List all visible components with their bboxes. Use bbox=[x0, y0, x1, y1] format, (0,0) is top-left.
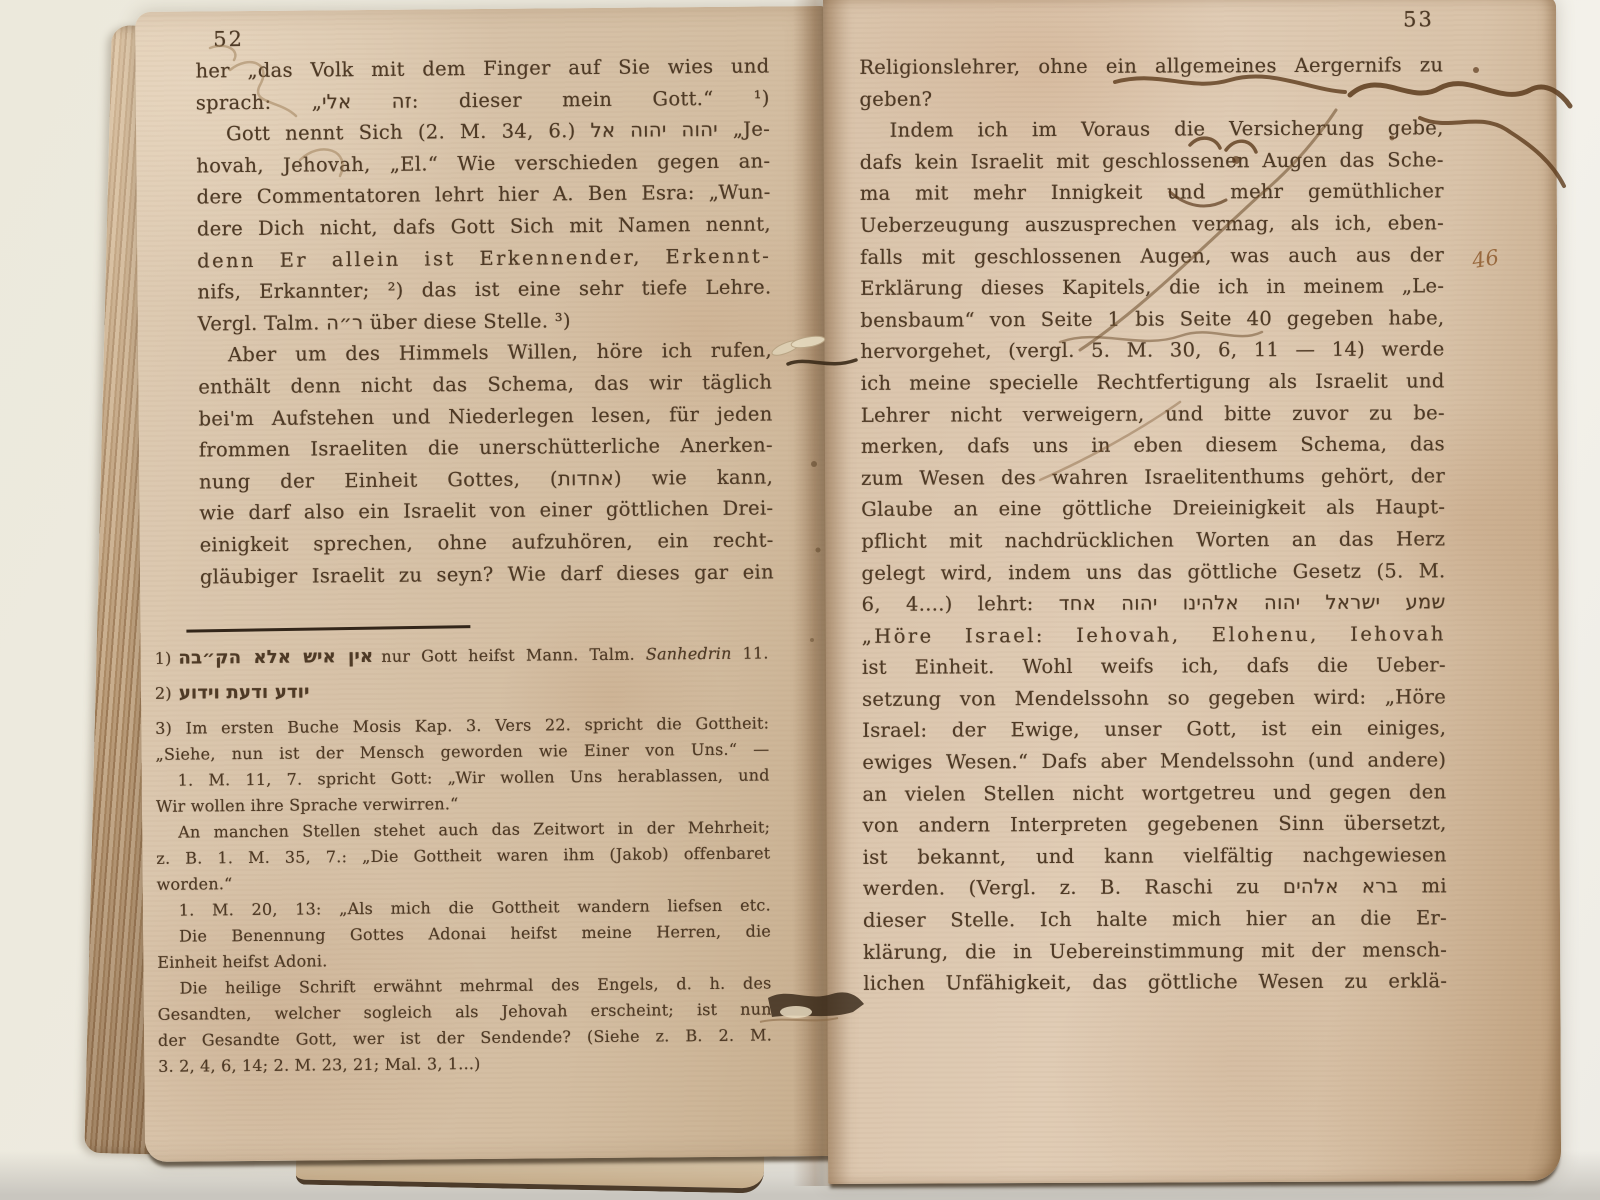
text-line: einigkeit sprechen, ohne aufzuhören, ein… bbox=[200, 524, 774, 561]
text-line: Glaube an eine göttliche Dreieinigkeit a… bbox=[861, 492, 1445, 526]
footnote-separator bbox=[186, 625, 470, 632]
text-line: nung der Einheit Gottes, (אחדות) wie kan… bbox=[199, 461, 773, 498]
text-line: pflicht mit nachdrücklichen Worten an da… bbox=[861, 523, 1445, 557]
footnote-text: 11. bbox=[731, 643, 768, 662]
footnote-line: 1)אין איש אלא הק״בהnur Gott heifst Mann.… bbox=[155, 640, 769, 671]
text-line: Indem ich im Voraus die Versicherung geb… bbox=[860, 112, 1444, 146]
text-line: bensbaum“ von Seite 1 bis Seite 40 gegeb… bbox=[860, 302, 1444, 336]
text-line: her „das Volk mit dem Finger auf Sie wie… bbox=[195, 50, 769, 87]
text-line: merken, dafs uns in eben diesem Schema, … bbox=[861, 428, 1445, 462]
text-line: Erklärung dieses Kapitels, die ich in me… bbox=[860, 270, 1444, 304]
text-line: zum Wesen des wahren Israelitenthums geh… bbox=[861, 460, 1445, 494]
hebrew-phrase: יודע ודעת וידוע bbox=[179, 682, 310, 704]
text-line: dere Dich nicht, dafs Gott Sich mit Name… bbox=[197, 208, 771, 245]
text-line: Vergl. Talm. ר״ה über diese Stelle. ³) bbox=[198, 303, 772, 340]
text-line: an vielen Stellen nicht wortgetreu und g… bbox=[862, 776, 1446, 810]
page-number-left: 52 bbox=[213, 27, 244, 51]
text-line: enthält denn nicht das Schema, das wir t… bbox=[198, 366, 772, 403]
text-line: ma mit mehr Innigkeit und mehr gemüthlic… bbox=[860, 176, 1444, 210]
text-line: „Höre Israel: Iehovah, Elohenu, Iehovah bbox=[862, 618, 1446, 652]
footnote-text-italic: Sanhedrin bbox=[646, 644, 732, 664]
footnote-line: 1. M. 11, 7. spricht Gott: „Wir wollen U… bbox=[156, 762, 770, 793]
text-line: ich meine specielle Rechtfertigung als I… bbox=[861, 365, 1445, 399]
margin-note-handwriting: 46 bbox=[1470, 245, 1500, 273]
text-line: Religionslehrer, ohne ein allgemeines Ae… bbox=[859, 49, 1443, 83]
photo-of-open-book: { "book": { "left_page": { "number": "52… bbox=[0, 0, 1600, 1200]
footnotes: 1)אין איש אלא הק״בהnur Gott heifst Mann.… bbox=[155, 640, 773, 1079]
left-page: 52 her „das Volk mit dem Finger auf Sie … bbox=[135, 6, 835, 1162]
text-line: werden. (Vergl. z. B. Raschi zu ברא אלהי… bbox=[863, 871, 1447, 905]
text-line: geben? bbox=[859, 81, 1443, 115]
footnote-line: der Gesandte Gott, wer ist der Sendende?… bbox=[158, 1022, 772, 1053]
text-line: dafs kein Israelit mit geschlossenen Aug… bbox=[860, 144, 1444, 178]
text-line: gläubiger Israelit zu seyn? Wie darf die… bbox=[200, 556, 774, 593]
footnote-line: z. B. 1. M. 35, 7.: „Die Gottheit waren … bbox=[156, 840, 770, 871]
footnote-line: 3. 2, 4, 6, 14; 2. M. 23, 21; Mal. 3, 1.… bbox=[158, 1048, 772, 1079]
text-line: bei'm Aufstehen und Niederlegen lesen, f… bbox=[198, 398, 772, 435]
text-line: ewiges Wesen.“ Dafs aber Mendelssohn (un… bbox=[862, 744, 1446, 778]
text-line: Aber um des Himmels Willen, höre ich ruf… bbox=[198, 335, 772, 372]
text-line: lichen Unfähigkeit, das göttliche Wesen … bbox=[863, 966, 1447, 1000]
page-number-right: 53 bbox=[1403, 7, 1434, 31]
text-line: klärung, die in Uebereinstimmung mit der… bbox=[863, 934, 1447, 968]
footnote-line: Die Benennung Gottes Adonai heifst meine… bbox=[157, 918, 771, 949]
text-line: hovah, Jehovah, „El.“ Wie verschieden ge… bbox=[196, 145, 770, 182]
footnote-text: nur Gott heifst Mann. Talm. bbox=[381, 645, 646, 666]
text-line: dieser Stelle. Ich halte mich hier an di… bbox=[863, 902, 1447, 936]
footnote-line: 2)יודע ודעת וידוע bbox=[155, 675, 769, 706]
hebrew-phrase: אין איש אלא הק״בה bbox=[178, 646, 373, 669]
text-line: falls mit geschlossenen Augen, was auch … bbox=[860, 239, 1444, 273]
text-line: dere Commentatoren lehrt hier A. Ben Esr… bbox=[196, 177, 770, 214]
text-line: wie darf also ein Israelit von einer göt… bbox=[199, 493, 773, 530]
text-line: Lehrer nicht verweigern, und bitte zuvor… bbox=[861, 397, 1445, 431]
right-page: 53 Religionslehrer, ohne ein allgemeines… bbox=[823, 0, 1561, 1184]
text-line: ist bekannt, und kann vielfältig nachgew… bbox=[863, 839, 1447, 873]
right-page-text: Religionslehrer, ohne ein allgemeines Ae… bbox=[859, 49, 1447, 999]
text-line: 6, 4....) lehrt: שמע ישראל יהוה אלהינו י… bbox=[862, 586, 1446, 620]
text-line: Israel: der Ewige, unser Gott, ist ein e… bbox=[862, 713, 1446, 747]
text-line: ist Einheit. Wohl weifs ich, dafs die Ue… bbox=[862, 650, 1446, 684]
text-line: nifs, Erkannter; ²) das ist eine sehr ti… bbox=[197, 272, 771, 309]
footnote-marker: 1) bbox=[155, 649, 172, 668]
text-line: denn Er allein ist Erkennender, Erkennt- bbox=[197, 240, 771, 277]
text-line: frommen Israeliten die unerschütterliche… bbox=[199, 430, 773, 467]
text-line: Ueberzeugung auszusprechen vermag, als i… bbox=[860, 207, 1444, 241]
left-page-text: her „das Volk mit dem Finger auf Sie wie… bbox=[195, 50, 774, 592]
text-line: setzung von Mendelssohn so gegeben wird:… bbox=[862, 681, 1446, 715]
text-line: hervorgehet, (vergl. 5. M. 30, 6, 11 — 1… bbox=[860, 334, 1444, 368]
text-line: sprach: „זה אלי: dieser mein Gott.“ ¹) bbox=[196, 82, 770, 119]
footnote-marker: 2) bbox=[155, 684, 172, 703]
text-line: von andern Interpreten gegebenen Sinn üb… bbox=[863, 808, 1447, 842]
text-line: gelegt wird, indem uns das göttliche Ges… bbox=[861, 555, 1445, 589]
text-line: Gott nennt Sich (2. M. 34, 6.) יהוה יהוה… bbox=[196, 114, 770, 151]
